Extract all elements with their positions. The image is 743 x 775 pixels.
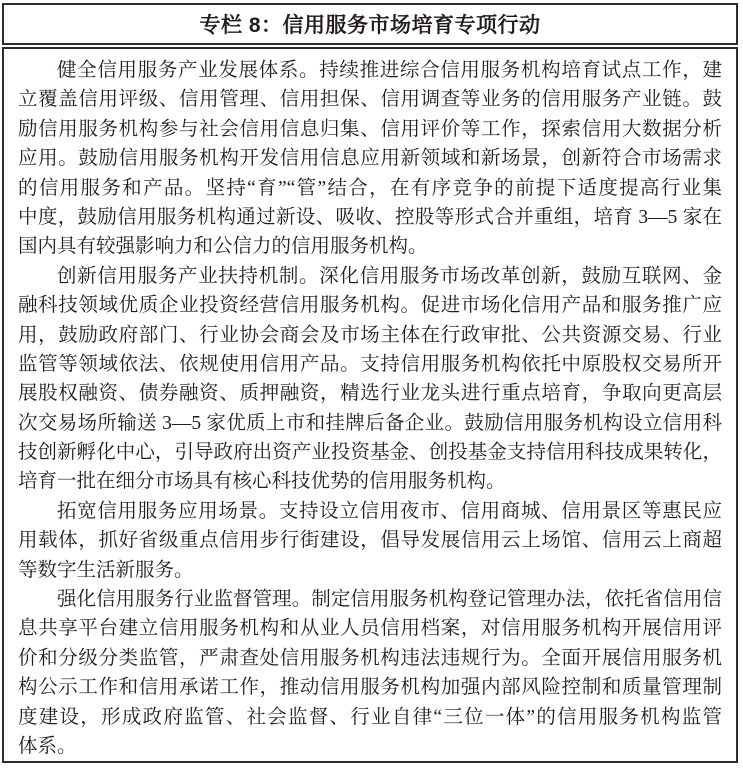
text-line: 立覆盖信用评级、信用管理、信用担保、信用调查等业务的信用服务产业链。鼓 bbox=[18, 85, 722, 114]
text-line: 中度，鼓励信用服务机构通过新设、吸收、控股等形式合并重组，培育 3—5 家在 bbox=[18, 203, 722, 232]
text-line: 等数字生活新服务。 bbox=[18, 556, 722, 585]
text-line: 技创新孵化中心，引导政府出资产业投资基金、创投基金支持信用科技成果转化， bbox=[18, 438, 722, 467]
text-line: 价和分级分类监管，严肃查处信用服务机构违法违规行为。全面开展信用服务机 bbox=[18, 644, 722, 673]
paragraph: 强化信用服务行业监督管理。制定信用服务机构登记管理办法，依托省信用信息共享平台建… bbox=[18, 585, 722, 761]
text-line: 励信用服务机构参与社会信用信息归集、信用评价等工作，探索信用大数据分析 bbox=[18, 115, 722, 144]
paragraph: 健全信用服务产业发展体系。持续推进综合信用服务机构培育试点工作，建立覆盖信用评级… bbox=[18, 56, 722, 262]
text-line: 国内具有较强影响力和公信力的信用服务机构。 bbox=[18, 232, 722, 261]
text-line: 构公示工作和信用承诺工作，推动信用服务机构加强内部风险控制和质量管理制 bbox=[18, 673, 722, 702]
text-line: 体系。 bbox=[18, 732, 722, 761]
text-line: 创新信用服务产业扶持机制。深化信用服务市场改革创新，鼓励互联网、金 bbox=[18, 262, 722, 291]
text-line: 应用。鼓励信用服务机构开发信用信息应用新领域和新场景，创新符合市场需求 bbox=[18, 144, 722, 173]
text-line: 用，鼓励政府部门、行业协会商会及市场主体在行政审批、公共资源交易、行业 bbox=[18, 321, 722, 350]
text-line: 融科技领域优质企业投资经营信用服务机构。促进市场化信用产品和服务推广应 bbox=[18, 291, 722, 320]
text-line: 展股权融资、债券融资、质押融资，精选行业龙头进行重点培育，争取向更高层 bbox=[18, 379, 722, 408]
text-line: 监管等领域依法、依规使用信用产品。支持信用服务机构依托中原股权交易所开 bbox=[18, 350, 722, 379]
document-page: { "colors": { "background": "#ffffff", "… bbox=[0, 0, 743, 775]
paragraph: 创新信用服务产业扶持机制。深化信用服务市场改革创新，鼓励互联网、金融科技领域优质… bbox=[18, 262, 722, 497]
text-line: 拓宽信用服务应用场景。支持设立信用夜市、信用商城、信用景区等惠民应 bbox=[18, 497, 722, 526]
text-line: 强化信用服务行业监督管理。制定信用服务机构登记管理办法，依托省信用信 bbox=[18, 585, 722, 614]
column-box-title: 专栏 8：信用服务市场培育专项行动 bbox=[2, 3, 738, 45]
text-line: 息共享平台建立信用服务机构和从业人员信用档案，对信用服务机构开展信用评 bbox=[18, 614, 722, 643]
text-line: 的信用服务和产品。坚持“育”“管”结合，在有序竞争的前提下适度提高行业集 bbox=[18, 174, 722, 203]
column-box-body: 健全信用服务产业发展体系。持续推进综合信用服务机构培育试点工作，建立覆盖信用评级… bbox=[2, 47, 738, 763]
text-line: 培育一批在细分市场具有核心科技优势的信用服务机构。 bbox=[18, 467, 722, 496]
text-line: 次交易场所输送 3—5 家优质上市和挂牌后备企业。鼓励信用服务机构设立信用科 bbox=[18, 409, 722, 438]
paragraph: 拓宽信用服务应用场景。支持设立信用夜市、信用商城、信用景区等惠民应用载体，抓好省… bbox=[18, 497, 722, 585]
text-line: 度建设，形成政府监管、社会监督、行业自律“三位一体”的信用服务机构监管 bbox=[18, 703, 722, 732]
text-line: 用载体，抓好省级重点信用步行街建设，倡导发展信用云上场馆、信用云上商超 bbox=[18, 526, 722, 555]
column-box: 专栏 8：信用服务市场培育专项行动 健全信用服务产业发展体系。持续推进综合信用服… bbox=[2, 3, 738, 763]
text-line: 健全信用服务产业发展体系。持续推进综合信用服务机构培育试点工作，建 bbox=[18, 56, 722, 85]
